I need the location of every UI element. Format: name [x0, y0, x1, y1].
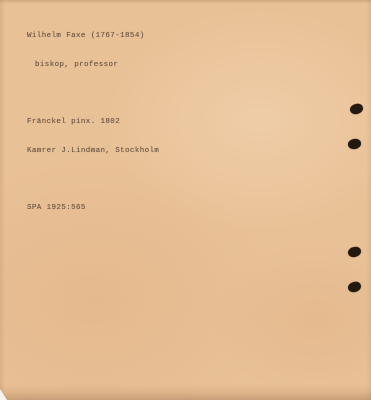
- owner-and-location: Kamrer J.Lindman, Stockholm: [27, 147, 159, 157]
- hole-punch-mark: [347, 138, 361, 150]
- sitter-name-and-dates: Wilhelm Faxe (1767-1854): [27, 32, 159, 42]
- archive-reference-number: SPA 1925:565: [27, 204, 159, 214]
- hole-punch-mark: [347, 281, 362, 294]
- caption-gap: [27, 89, 159, 99]
- archive-card-scan: Wilhelm Faxe (1767-1854) biskop, profess…: [0, 0, 371, 400]
- hole-punch-mark: [347, 246, 362, 258]
- typed-caption-block: Wilhelm Faxe (1767-1854) biskop, profess…: [27, 13, 159, 233]
- sitter-title: biskop, professor: [27, 61, 159, 71]
- hole-punch-mark: [349, 103, 364, 115]
- artist-and-year: Fränckel pinx. 1802: [27, 118, 159, 128]
- scan-corner-background-sliver: [0, 389, 7, 400]
- caption-gap: [27, 175, 159, 185]
